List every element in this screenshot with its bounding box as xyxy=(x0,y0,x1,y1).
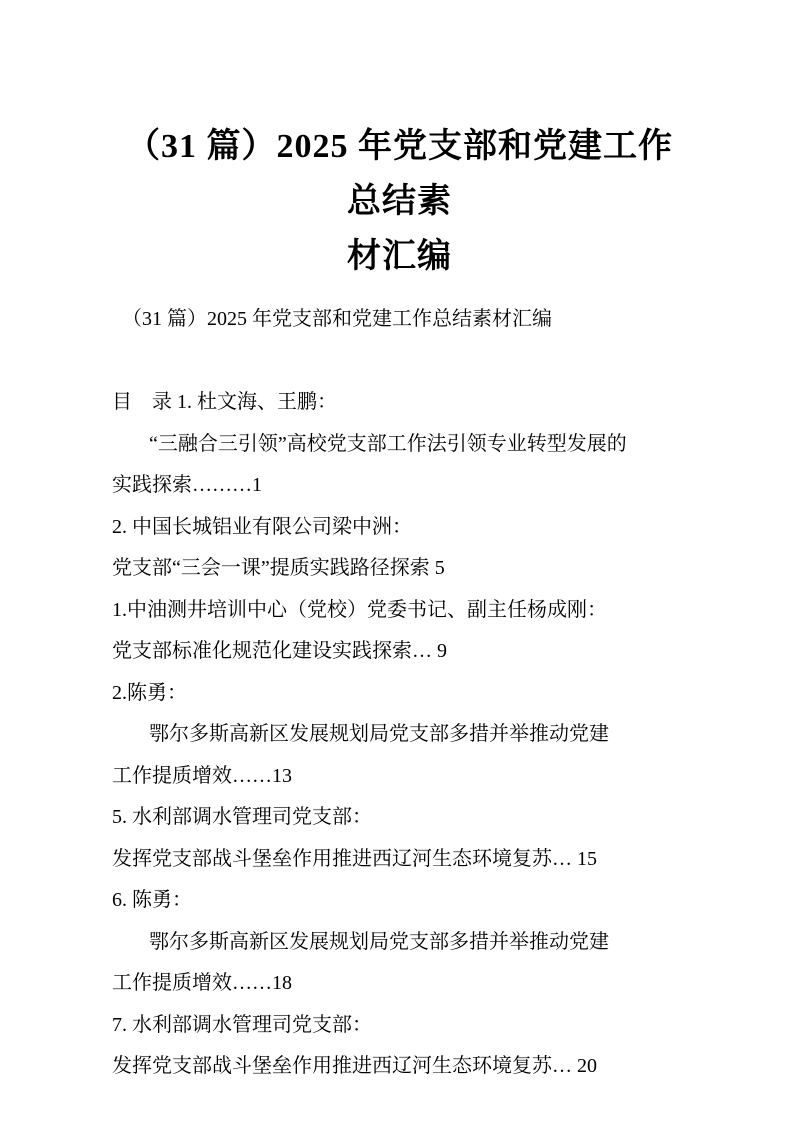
toc-line: 鄂尔多斯高新区发展规划局党支部多措并举推动党建 xyxy=(112,922,687,964)
document-title-line-1: （31 篇）2025 年党支部和党建工作总结素 xyxy=(112,119,687,229)
toc-line: 2. 中国长城铝业有限公司梁中洲： xyxy=(112,507,687,549)
document-page: （31 篇）2025 年党支部和党建工作总结素 材汇编 （31 篇）2025 年… xyxy=(0,0,793,1122)
toc-line: 5. 水利部调水管理司党支部： xyxy=(112,797,687,839)
toc-line: 7. 水利部调水管理司党支部： xyxy=(112,1005,687,1047)
toc-line: 党支部“三会一课”提质实践路径探索 5 xyxy=(112,548,687,590)
toc-line: 工作提质增效……13 xyxy=(112,756,687,798)
document-title: （31 篇）2025 年党支部和党建工作总结素 材汇编 xyxy=(112,119,687,284)
table-of-contents: 目 录 1. 杜文海、王鹏： “三融合三引领”高校党支部工作法引领专业转型发展的… xyxy=(112,382,687,1088)
document-subtitle: （31 篇）2025 年党支部和党建工作总结素材汇编 xyxy=(112,299,687,340)
toc-line: 党支部标准化规范化建设实践探索… 9 xyxy=(112,631,687,673)
toc-line: “三融合三引领”高校党支部工作法引领专业转型发展的 xyxy=(112,424,687,466)
toc-line: 1.中油测井培训中心（党校）党委书记、副主任杨成刚： xyxy=(112,590,687,632)
toc-line: 鄂尔多斯高新区发展规划局党支部多措并举推动党建 xyxy=(112,714,687,756)
toc-line: 工作提质增效……18 xyxy=(112,963,687,1005)
toc-line: 2.陈勇： xyxy=(112,673,687,715)
toc-line: 发挥党支部战斗堡垒作用推进西辽河生态环境复苏… 20 xyxy=(112,1046,687,1088)
document-title-line-2: 材汇编 xyxy=(112,229,687,284)
toc-line: 目 录 1. 杜文海、王鹏： xyxy=(112,382,687,424)
toc-line: 发挥党支部战斗堡垒作用推进西辽河生态环境复苏… 15 xyxy=(112,839,687,881)
toc-line: 6. 陈勇： xyxy=(112,880,687,922)
toc-line: 实践探索………1 xyxy=(112,465,687,507)
